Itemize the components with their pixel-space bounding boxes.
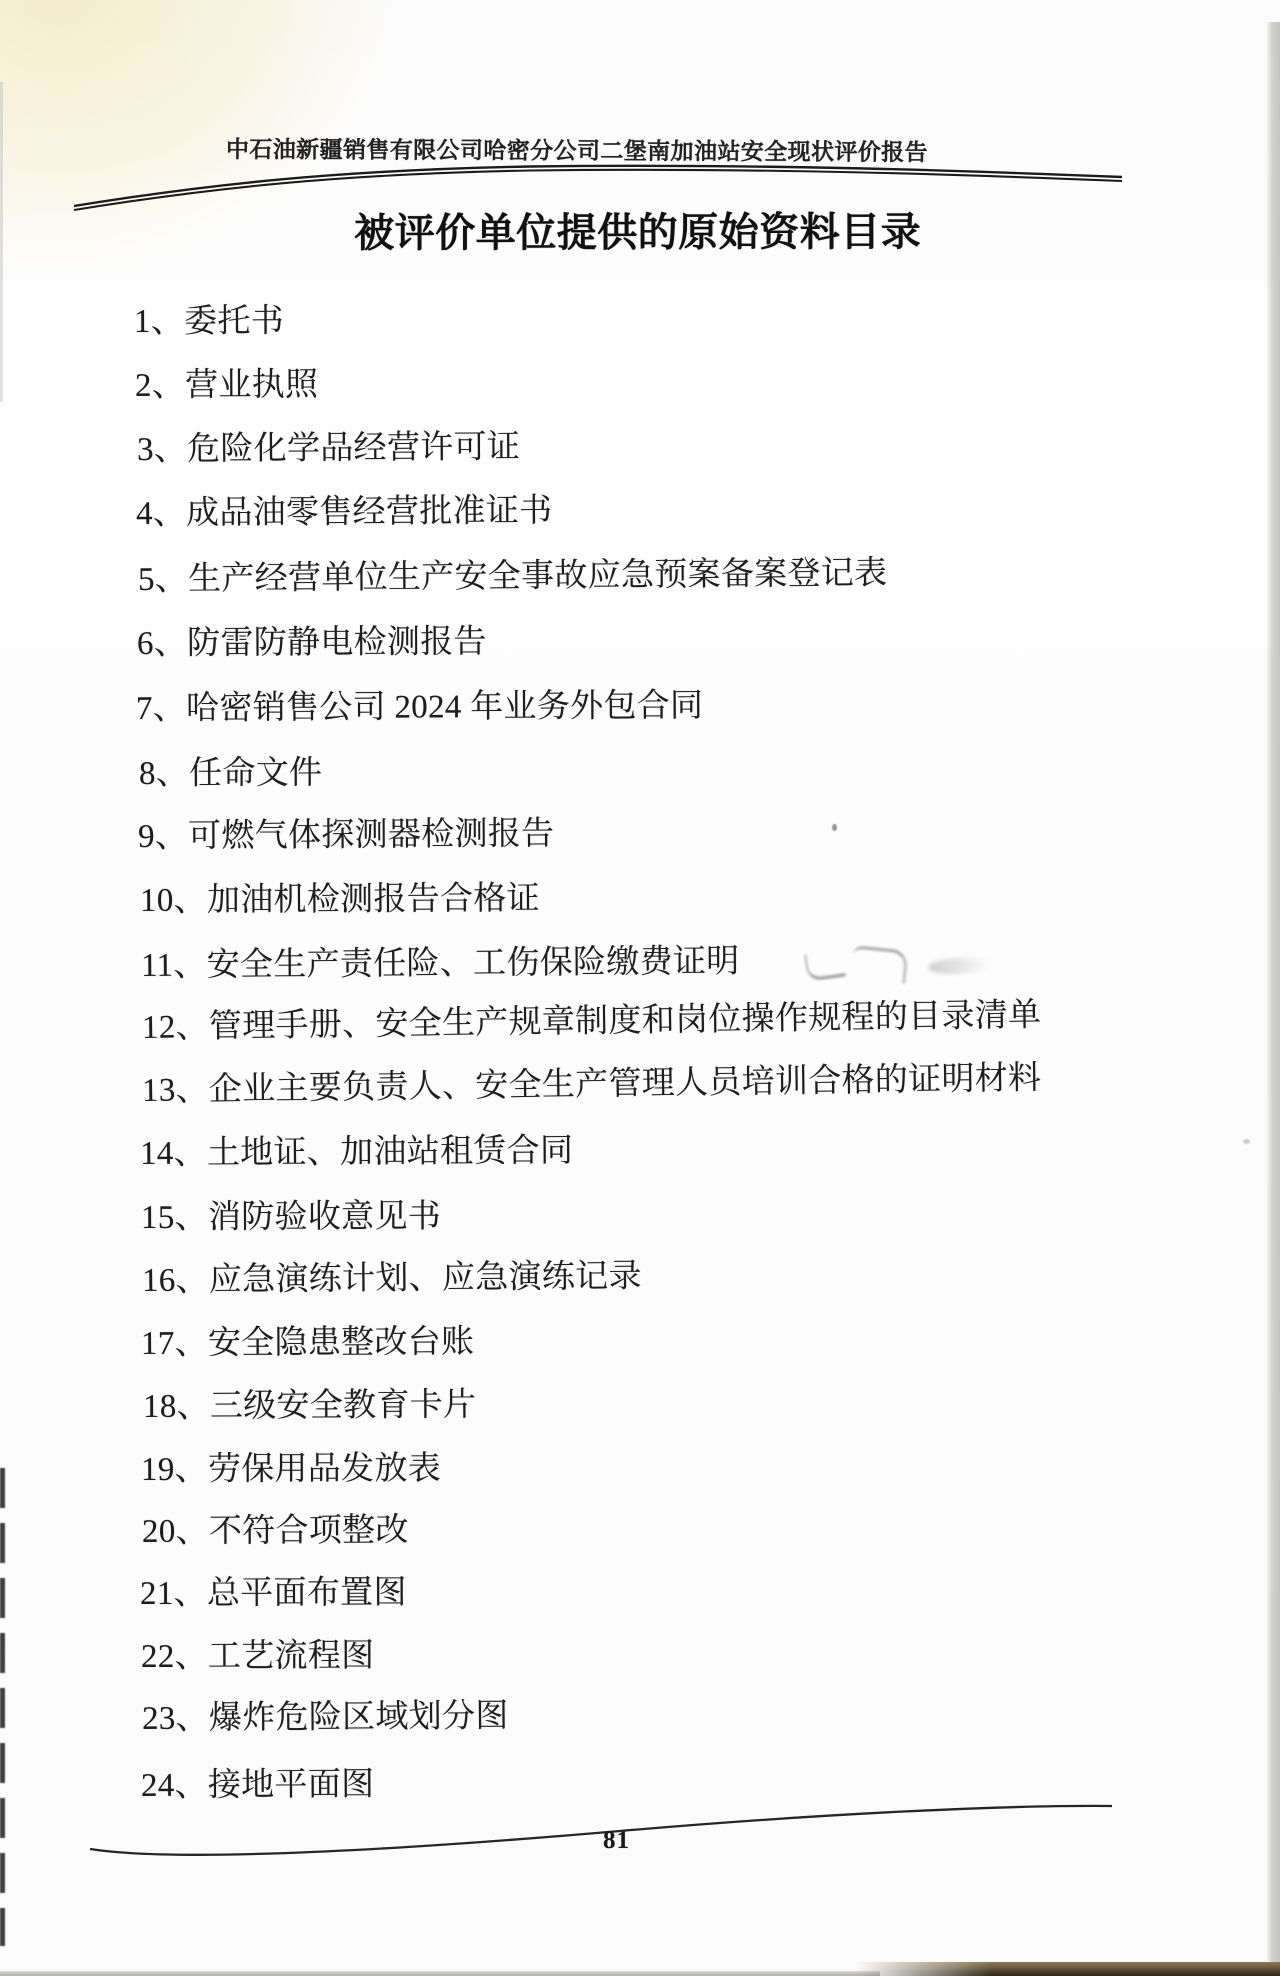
ink-smudge	[804, 949, 845, 981]
ink-speck	[1243, 1139, 1250, 1144]
list-item-number: 16、	[142, 1257, 209, 1304]
list-item-text: 土地证、加油站租赁合同	[207, 1128, 574, 1177]
list-item: 16、应急演练计划、应急演练记录	[142, 1254, 642, 1304]
list-item: 19、劳保用品发放表	[141, 1446, 441, 1493]
list-item-text: 爆炸危险区域划分图	[209, 1693, 509, 1741]
list-item-text: 总平面布置图	[207, 1570, 407, 1617]
list-item-number: 23、	[142, 1696, 209, 1742]
list-item-text: 应急演练计划、应急演练记录	[209, 1254, 642, 1304]
ink-speck	[832, 824, 837, 831]
list-item-text: 加油机检测报告合格证	[207, 876, 540, 924]
list-item: 14、土地证、加油站租赁合同	[140, 1128, 574, 1177]
page-number: 81	[603, 1827, 630, 1855]
list-item-text: 哈密销售公司 2024 年业务外包合同	[186, 683, 703, 732]
list-item-number: 14、	[140, 1131, 207, 1177]
list-item-text: 成品油零售经营批准证书	[186, 488, 553, 537]
list-item-number: 8、	[139, 751, 189, 797]
list-item-number: 2、	[135, 363, 185, 409]
list-item-text: 可燃气体探测器检测报告	[188, 811, 555, 860]
list-item: 7、哈密销售公司 2024 年业务外包合同	[136, 683, 704, 732]
list-item-text: 不符合项整改	[209, 1508, 409, 1555]
list-item: 8、任命文件	[139, 750, 322, 797]
scan-edge-left-faint	[0, 82, 3, 402]
document-title: 被评价单位提供的原始资料目录	[354, 200, 921, 258]
list-item-number: 7、	[136, 686, 186, 732]
list-item-text: 管理手册、安全生产规章制度和岗位操作规程的目录清单	[209, 992, 1042, 1050]
list-item-number: 1、	[134, 299, 184, 345]
list-item-number: 10、	[140, 878, 207, 924]
ink-smudge	[928, 956, 993, 975]
list-item-number: 19、	[141, 1447, 208, 1493]
list-item: 11、安全生产责任险、工伤保险缴费证明	[141, 939, 740, 989]
list-item-number: 18、	[143, 1384, 210, 1430]
list-item-number: 6、	[137, 621, 187, 667]
scan-edge-bottom	[856, 1962, 1280, 1976]
list-item: 12、管理手册、安全生产规章制度和岗位操作规程的目录清单	[142, 992, 1042, 1051]
list-item-number: 21、	[140, 1571, 207, 1617]
list-item-number: 11、	[141, 943, 207, 989]
list-item: 4、成品油零售经营批准证书	[136, 488, 553, 537]
scan-edge-left	[0, 1468, 5, 1946]
list-item-number: 20、	[142, 1509, 209, 1555]
list-item-text: 接地平面图	[208, 1762, 375, 1809]
list-item: 20、不符合项整改	[142, 1508, 409, 1555]
scanned-page: 中石油新疆销售有限公司哈密分公司二堡南加油站安全现状评价报告 被评价单位提供的原…	[0, 0, 1280, 1976]
list-item-text: 任命文件	[189, 750, 322, 796]
list-item-text: 安全隐患整改台账	[208, 1319, 475, 1366]
list-item-text: 安全生产责任险、工伤保险缴费证明	[207, 939, 740, 989]
ink-smudge	[850, 945, 908, 984]
list-item-number: 5、	[138, 557, 189, 603]
list-item: 5、生产经营单位生产安全事故应急预案备案登记表	[138, 550, 888, 603]
list-item-text: 营业执照	[185, 362, 318, 409]
list-item: 9、可燃气体探测器检测报告	[138, 811, 555, 860]
list-item: 21、总平面布置图	[140, 1570, 407, 1617]
list-item-text: 企业主要负责人、安全生产管理人员培训合格的证明材料	[209, 1055, 1042, 1113]
list-item: 2、营业执照	[135, 362, 319, 409]
list-item-number: 12、	[142, 1004, 210, 1051]
list-item: 18、三级安全教育卡片	[143, 1382, 477, 1430]
list-item: 10、加油机检测报告合格证	[140, 876, 540, 924]
list-item-text: 劳保用品发放表	[208, 1446, 441, 1493]
list-item-text: 三级安全教育卡片	[210, 1382, 477, 1429]
list-item-text: 委托书	[184, 298, 284, 344]
list-item-number: 9、	[138, 814, 188, 860]
list-item: 13、企业主要负责人、安全生产管理人员培训合格的证明材料	[142, 1055, 1042, 1114]
list-item-number: 4、	[136, 491, 186, 537]
list-item-number: 24、	[141, 1763, 208, 1809]
list-item-number: 15、	[141, 1195, 208, 1241]
scan-edge-bottom-left	[0, 1971, 880, 1976]
list-item-text: 消防验收意见书	[208, 1194, 441, 1241]
scan-edge-right	[1266, 22, 1280, 1976]
list-item-number: 17、	[141, 1321, 208, 1367]
list-item-text: 工艺流程图	[208, 1633, 375, 1680]
list-item: 23、爆炸危险区域划分图	[142, 1693, 509, 1742]
list-item: 17、安全隐患整改台账	[141, 1319, 475, 1367]
list-item-number: 3、	[137, 427, 187, 473]
list-item-text: 危险化学品经营许可证	[187, 424, 520, 472]
list-item: 6、防雷防静电检测报告	[137, 619, 487, 667]
list-item: 3、危险化学品经营许可证	[137, 424, 520, 473]
list-item-text: 防雷防静电检测报告	[187, 619, 487, 667]
report-header: 中石油新疆销售有限公司哈密分公司二堡南加油站安全现状评价报告	[226, 131, 928, 167]
list-item-number: 22、	[141, 1634, 208, 1680]
list-item: 15、消防验收意见书	[141, 1194, 441, 1241]
list-item-number: 13、	[142, 1067, 210, 1114]
list-item-text: 生产经营单位生产安全事故应急预案备案登记表	[188, 550, 888, 602]
list-item: 24、接地平面图	[141, 1762, 375, 1809]
list-item: 22、工艺流程图	[141, 1633, 375, 1680]
list-item: 1、委托书	[134, 298, 284, 345]
